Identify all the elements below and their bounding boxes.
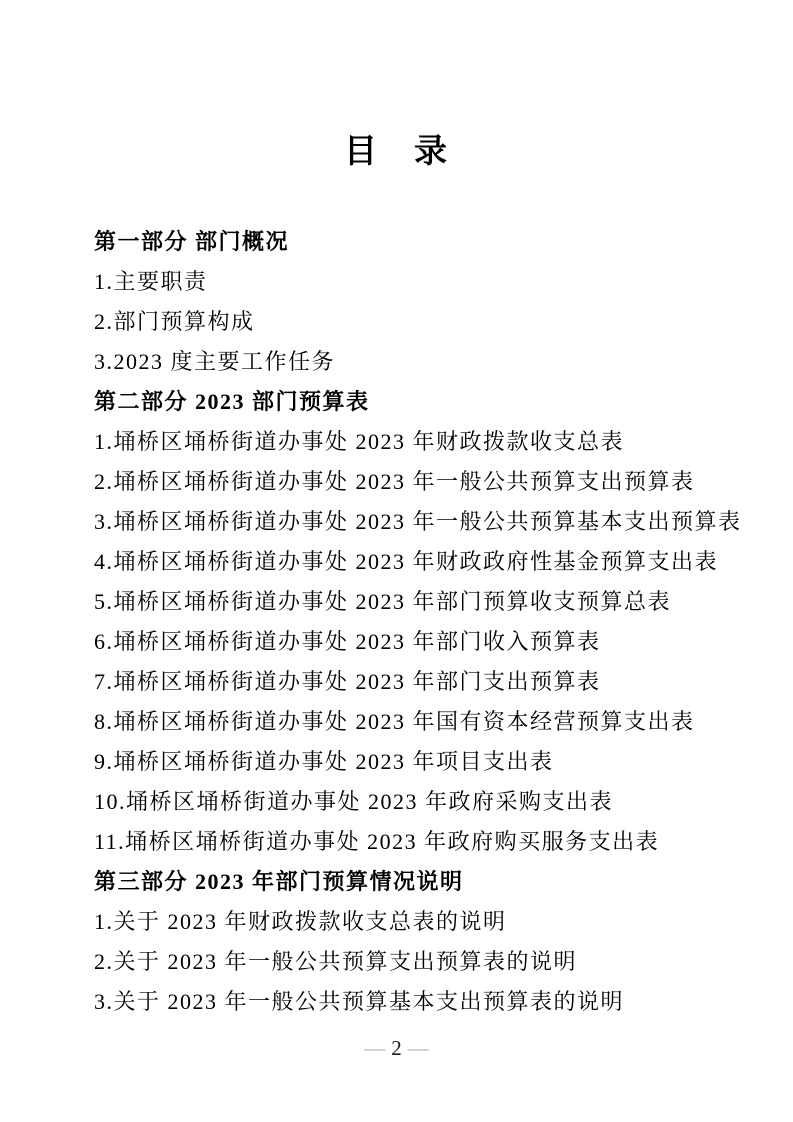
toc-item: 11.埇桥区埇桥街道办事处 2023 年政府购买服务支出表 bbox=[94, 822, 753, 862]
toc-item: 10.埇桥区埇桥街道办事处 2023 年政府采购支出表 bbox=[94, 782, 753, 822]
toc-item: 1.主要职责 bbox=[94, 262, 753, 302]
toc-section-heading: 第二部分 2023 部门预算表 bbox=[94, 382, 753, 422]
toc-section-heading: 第一部分 部门概况 bbox=[94, 222, 753, 262]
footer-left-dash: — bbox=[364, 1036, 385, 1060]
page-footer: —2— bbox=[0, 1034, 793, 1062]
document-page: 目 录 第一部分 部门概况 1.主要职责 2.部门预算构成 3.2023 度主要… bbox=[0, 0, 793, 1122]
toc-item: 4.埇桥区埇桥街道办事处 2023 年财政政府性基金预算支出表 bbox=[94, 542, 753, 582]
toc-item: 2.部门预算构成 bbox=[94, 302, 753, 342]
toc-section-heading: 第三部分 2023 年部门预算情况说明 bbox=[94, 862, 753, 902]
toc-item: 7.埇桥区埇桥街道办事处 2023 年部门支出预算表 bbox=[94, 662, 753, 702]
page-number: 2 bbox=[391, 1036, 402, 1060]
toc-item: 3.2023 度主要工作任务 bbox=[94, 342, 753, 382]
footer-right-dash: — bbox=[408, 1036, 429, 1060]
toc-item: 1.关于 2023 年财政拨款收支总表的说明 bbox=[94, 902, 753, 942]
toc-item: 3.埇桥区埇桥街道办事处 2023 年一般公共预算基本支出预算表 bbox=[94, 502, 753, 542]
page-title: 目 录 bbox=[0, 130, 793, 174]
toc-item: 5.埇桥区埇桥街道办事处 2023 年部门预算收支预算总表 bbox=[94, 582, 753, 622]
toc-item: 8.埇桥区埇桥街道办事处 2023 年国有资本经营预算支出表 bbox=[94, 702, 753, 742]
toc-item: 3.关于 2023 年一般公共预算基本支出预算表的说明 bbox=[94, 982, 753, 1022]
toc-item: 2.关于 2023 年一般公共预算支出预算表的说明 bbox=[94, 942, 753, 982]
toc-item: 6.埇桥区埇桥街道办事处 2023 年部门收入预算表 bbox=[94, 622, 753, 662]
toc-item: 1.埇桥区埇桥街道办事处 2023 年财政拨款收支总表 bbox=[94, 422, 753, 462]
toc-item: 2.埇桥区埇桥街道办事处 2023 年一般公共预算支出预算表 bbox=[94, 462, 753, 502]
toc-item: 9.埇桥区埇桥街道办事处 2023 年项目支出表 bbox=[94, 742, 753, 782]
table-of-contents: 第一部分 部门概况 1.主要职责 2.部门预算构成 3.2023 度主要工作任务… bbox=[94, 222, 753, 1022]
